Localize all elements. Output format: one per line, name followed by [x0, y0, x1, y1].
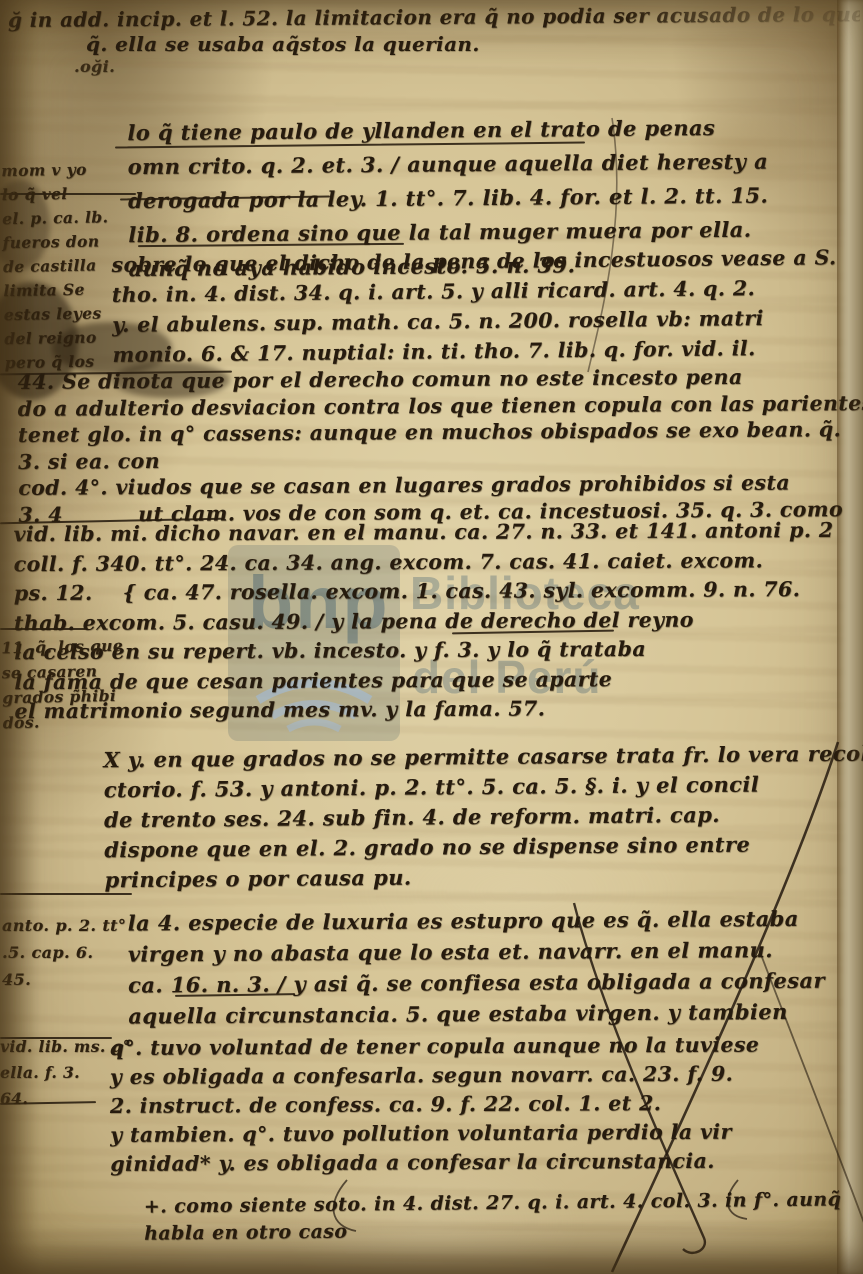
text-line: dos.: [3, 708, 125, 736]
margin-note-c: anto. p. 2. tt°.5. cap. 6.45.: [2, 912, 124, 993]
paragraph-6: la 4. especie de luxuria es estupro que …: [128, 902, 861, 1031]
text-line: 2. instruct. de confess. ca. 9. f. 22. c…: [110, 1088, 860, 1121]
text-line: 11. q̃. los que: [1, 633, 123, 661]
header-mark: .oği.: [74, 57, 115, 76]
text-line: la 4. especie de luxuria es estupro que …: [128, 902, 860, 938]
text-line: y tambien. q°. tuvo pollution voluntaria…: [110, 1117, 860, 1150]
text-line: coll. f. 340. tt°. 24. ca. 34. ang. exco…: [14, 545, 860, 579]
text-line: el matrimonio segund mes mv. y la fama. …: [14, 693, 860, 727]
text-line: virgen y no abasta que lo esta et. navar…: [128, 933, 860, 969]
text-line: la celso en su repert. vb. incesto. y f.…: [14, 634, 860, 668]
text-line: ca. 16. n. 3. / y asi q̃. se confiesa es…: [128, 964, 860, 1000]
text-line: mom v yo: [1, 157, 131, 183]
paragraph-7: q°. tuvo voluntad de tener copula aunque…: [110, 1030, 861, 1179]
text-line: ella. f. 3.: [0, 1060, 118, 1086]
text-line: q°. tuvo voluntad de tener copula aunque…: [110, 1030, 860, 1063]
text-line: vid. lib. ms. q°: [0, 1034, 118, 1060]
text-line: el. p. ca. lb.: [2, 205, 132, 231]
text-line: .5. cap. 6.: [2, 939, 124, 966]
text-line: thab. excom. 5. casu. 49. / y la pena de…: [14, 604, 860, 638]
text-line: ginidad* y. es obligada a confesar la ci…: [110, 1146, 860, 1179]
paragraph-3: 44. Se dinota que por el derecho comun n…: [17, 363, 860, 528]
header-line-2: q̃. ella se usaba aq̃stos la querian.: [86, 32, 726, 56]
margin-note-d: vid. lib. ms. q°ella. f. 3.64.: [0, 1034, 118, 1112]
paragraph-2: sobre lo que el dicho de la pena de los …: [111, 242, 860, 370]
text-line: grados p̃hibi: [2, 683, 124, 711]
footnote: +. como siente soto. in 4. dist. 27. q. …: [144, 1186, 855, 1247]
text-line: vid. lib. mi. dicho navar. en el manu. c…: [13, 516, 859, 550]
text-line: 45.: [2, 966, 124, 993]
text-line: aquella circunstancia. 5. que estaba vir…: [128, 995, 860, 1031]
paragraph-4: vid. lib. mi. dicho navar. en el manu. c…: [13, 516, 860, 727]
manuscript-scan: { "document": { "kind": "handwritten man…: [0, 0, 863, 1274]
text-line: 64.: [0, 1086, 118, 1112]
margin-note-b: 11. q̃. los quese casarengrados p̃hibido…: [1, 633, 125, 736]
paragraph-5: X y. en que grados no se permitte casars…: [103, 739, 860, 896]
text-line: la fama de que cesan parientes para que …: [14, 663, 860, 697]
text-line: y es obligada a confesarla. segun novarr…: [110, 1059, 860, 1092]
text-line: se casaren: [1, 658, 123, 686]
text-line: ps. 12. { ca. 47. rosella. excom. 1. cas…: [14, 575, 860, 609]
text-line: anto. p. 2. tt°: [2, 912, 124, 939]
text-line: lo q̃ vel: [2, 181, 132, 207]
